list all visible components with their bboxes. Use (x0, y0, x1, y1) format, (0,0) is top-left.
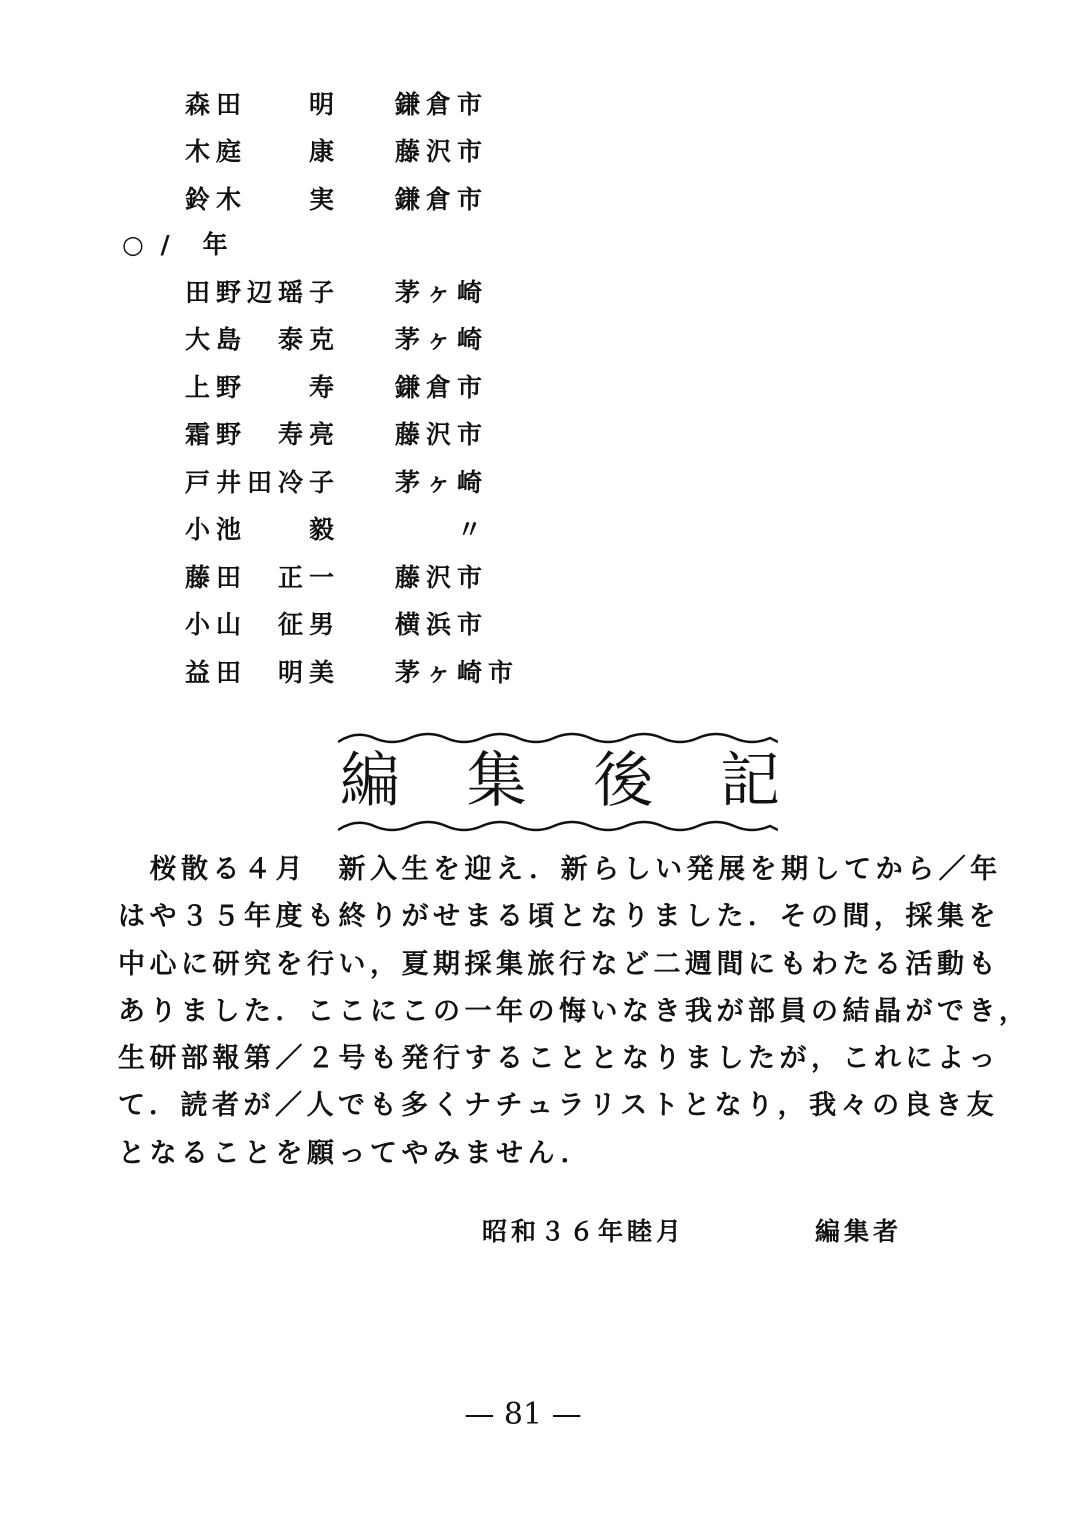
member-name: 小山 征男 (185, 605, 345, 645)
member-city: 茅ヶ崎 (395, 273, 525, 313)
afterword-body: 桜散る４月 新入生を迎え．新らしい発展を期してから／年 はや３５年度も終りがせま… (118, 846, 978, 1177)
wavy-rule-icon (338, 816, 778, 836)
member-name: 霜野 寿亮 (185, 415, 345, 455)
title-char: 編 (340, 746, 400, 816)
body-line: ありました．ここにこの一年の悔いなき我が部員の結晶ができ， (118, 988, 978, 1035)
member-city: 茅ヶ崎 (395, 320, 525, 360)
body-line: 桜散る４月 新入生を迎え．新らしい発展を期してから／年 (118, 846, 978, 893)
body-line: て．読者が／人でも多くナチュラリストとなり，我々の良き友 (118, 1082, 978, 1129)
member-name: 上野 寿 (185, 368, 345, 408)
body-line: はや３５年度も終りがせまる頃となりました．その間，採集を (118, 893, 978, 940)
member-name: 戸井田冷子 (185, 463, 345, 503)
member-name: 田野辺瑶子 (185, 273, 345, 313)
member-name: 小池 毅 (185, 510, 345, 550)
member-city: 茅ヶ崎市 (395, 653, 525, 693)
wavy-rule-icon (338, 728, 778, 748)
page-number: — 81 — (458, 1395, 588, 1435)
title-char: 後 (593, 746, 653, 816)
member-city: 横浜市 (395, 605, 525, 645)
member-city: 藤沢市 (395, 132, 525, 172)
title-char: 記 (720, 746, 780, 816)
member-name: 益田 明美 (185, 653, 345, 693)
afterword-heading: 編 集 後 記 (340, 746, 780, 816)
member-city: 茅ヶ崎 (395, 463, 525, 503)
signature-author: 編集者 (815, 1212, 902, 1252)
member-city: 藤沢市 (395, 415, 525, 455)
body-line: となることを願ってやみません． (118, 1130, 978, 1177)
grade-header: ○ / 年 (122, 225, 232, 265)
signature-date: 昭和３６年睦月 (482, 1212, 685, 1252)
member-name: 木庭 康 (185, 132, 345, 172)
member-city: 藤沢市 (395, 558, 525, 598)
member-city: 〃 (395, 510, 525, 550)
body-line: 中心に研究を行い，夏期採集旅行など二週間にもわたる活動も (118, 941, 978, 988)
member-name: 森田 明 (185, 85, 345, 125)
member-name: 藤田 正一 (185, 558, 345, 598)
title-char: 集 (467, 746, 527, 816)
member-name: 鈴木 実 (185, 180, 345, 220)
member-city: 鎌倉市 (395, 85, 525, 125)
member-city: 鎌倉市 (395, 180, 525, 220)
afterword-title: 編 集 後 記 (330, 728, 800, 838)
member-name: 大島 泰克 (185, 320, 345, 360)
body-line: 生研部報第／２号も発行することとなりましたが，これによっ (118, 1035, 978, 1082)
member-city: 鎌倉市 (395, 368, 525, 408)
